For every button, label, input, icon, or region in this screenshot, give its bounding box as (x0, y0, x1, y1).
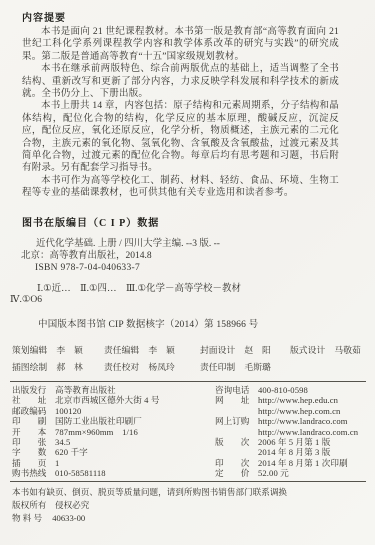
isbn-line: ISBN 978-7-04-040633-7 (10, 262, 347, 274)
pub-label: 出版发行 (12, 385, 48, 395)
pub-label (215, 427, 251, 437)
staff-cell: 责任印制 毛斯璐 (200, 360, 290, 373)
summary-paragraph-1: 本书是面向 21 世纪课程教材。本书第一版是教育部“高等教育面向 21 世纪工科… (22, 26, 339, 63)
copyright-page: 内容提要 本书是面向 21 世纪课程教材。本书第一版是教育部“高等教育面向 21… (0, 0, 375, 545)
pub-value: 1 (55, 458, 59, 468)
pub-label: 网 址 (215, 395, 251, 405)
staff-cell: 责任校对 杨凤玲 (104, 360, 200, 373)
pub-label (215, 406, 251, 416)
summary-paragraph-2: 本书在继承前两版特色、综合前两版优点的基础上，适当调整了全书结构、重新改写和更新… (22, 63, 339, 100)
summary-paragraph-3: 本书上册共 14 章，内容包括：原子结构和元素周期系，分子结构和晶体结构，配位化… (22, 100, 339, 174)
pub-row: 印 次 2014 年 8 月第 1 次印刷 (215, 458, 366, 468)
pub-value: 国防工业出版社印刷厂 (55, 416, 142, 426)
pub-label (215, 447, 251, 457)
cip-title-line: 近代化学基础. 上册 / 四川大学主编. --3 版. -- (10, 238, 347, 250)
pub-label: 插 页 (12, 458, 48, 468)
divider-rule-top (10, 381, 366, 382)
pub-value: 2014 年 8 月第 3 版 (258, 447, 330, 457)
pub-label: 开 本 (12, 427, 48, 437)
pub-value: 高等教育出版社 (55, 385, 116, 395)
pub-row: 印 刷 国防工业出版社印刷厂 (12, 416, 215, 426)
pub-row: 版 次 2006 年 5 月第 1 版 (215, 437, 366, 447)
pub-row: http://www.landraco.com.cn (215, 427, 366, 437)
pub-row: 网上订购 http://www.landraco.com (215, 416, 366, 426)
pub-value: 010-58581118 (55, 468, 106, 478)
pub-row: 字 数 620 千字 (12, 447, 215, 457)
staff-role: 版式设计 (290, 343, 325, 356)
pub-value: 787mm×960mm 1/16 (55, 427, 138, 437)
pub-label: 购书热线 (12, 468, 48, 478)
pub-label: 版 次 (215, 437, 251, 447)
pub-label: 印 次 (215, 458, 251, 468)
staff-role: 封面设计 (200, 343, 235, 356)
material-number-line: 物 料 号 40633-00 (12, 512, 366, 525)
pub-value: http://www.landraco.com (258, 416, 348, 426)
copyright-notice-line: 版权所有 侵权必究 (12, 499, 366, 512)
publication-info-right-column: 咨询电话 400-810-0598 网 址 http://www.hep.edu… (215, 385, 366, 479)
staff-cell: 封面设计 赵 阳 (200, 343, 290, 356)
staff-cell: 责任编辑 李 颖 (104, 343, 200, 356)
pub-row: 印 张 34.5 (12, 437, 215, 447)
staff-name: 毛斯璐 (244, 360, 270, 373)
cip-classification-line-1: Ⅰ.①近… Ⅱ.①四… Ⅲ.①化学－高等学校－教材 (10, 284, 347, 296)
staff-role: 责任编辑 (104, 343, 139, 356)
staff-role: 策划编辑 (12, 343, 47, 356)
divider-rule-bottom (10, 481, 366, 482)
pub-label: 咨询电话 (215, 385, 251, 395)
pub-row: 咨询电话 400-810-0598 (215, 385, 366, 395)
staff-name: 李 颖 (148, 343, 174, 356)
cip-record-number-line: 中国版本图书馆 CIP 数据核字（2014）第 158966 号 (38, 316, 375, 330)
cip-record-block: 近代化学基础. 上册 / 四川大学主编. --3 版. -- 北京：高等教育出版… (10, 238, 347, 274)
staff-role: 责任印制 (200, 360, 235, 373)
staff-name: 赵 阳 (244, 343, 270, 356)
pub-value: http://www.hep.com.cn (258, 406, 340, 416)
pub-label: 字 数 (12, 447, 48, 457)
summary-paragraph-4: 本书可作为高等学校化工、制药、材料、轻纺、食品、环境、生物工程等专业的基础课教材… (22, 175, 339, 200)
pub-label: 印 刷 (12, 416, 48, 426)
quality-notice-line: 本书如有缺页、倒页、脱页等质量问题，请到所购图书销售部门联系调换 (12, 486, 366, 499)
staff-credits: 策划编辑 李 颖 责任编辑 李 颖 封面设计 赵 阳 版式设计 马敬茹 插图绘制… (12, 343, 367, 373)
pub-value: 400-810-0598 (258, 385, 308, 395)
staff-role: 责任校对 (104, 360, 139, 373)
staff-cell: 策划编辑 李 颖 (12, 343, 104, 356)
cip-heading: 图书在版编目（C I P）数据 (22, 214, 375, 229)
pub-label: 印 张 (12, 437, 48, 447)
pub-value: 2014 年 8 月第 1 次印刷 (258, 458, 348, 468)
material-number-value: 40633-00 (52, 512, 85, 525)
pub-value: http://www.landraco.com.cn (258, 427, 358, 437)
material-number-label: 物 料 号 (12, 512, 42, 525)
staff-name: 马敬茹 (334, 343, 360, 356)
pub-label: 网上订购 (215, 416, 251, 426)
pub-value: 100120 (55, 406, 81, 416)
pub-row: http://www.hep.com.cn (215, 406, 366, 416)
staff-cell: 版式设计 马敬茹 (290, 343, 367, 356)
pub-label: 定 价 (215, 468, 251, 478)
pub-row: 邮政编码 100120 (12, 406, 215, 416)
pub-row: 定 价 52.00 元 (215, 468, 366, 478)
pub-row: 插 页 1 (12, 458, 215, 468)
staff-role: 插图绘制 (12, 360, 47, 373)
cip-classification-block: Ⅰ.①近… Ⅱ.①四… Ⅲ.①化学－高等学校－教材 Ⅳ.①O6 (10, 284, 347, 307)
cip-publisher-line: 北京：高等教育出版社，2014.8 (10, 250, 347, 262)
publication-info-left-column: 出版发行 高等教育出版社 社 址 北京市西城区德外大街 4 号 邮政编码 100… (12, 385, 215, 479)
staff-name: 杨凤玲 (148, 360, 174, 373)
pub-value: 620 千字 (55, 447, 88, 457)
pub-label: 邮政编码 (12, 406, 48, 416)
publication-info-table: 出版发行 高等教育出版社 社 址 北京市西城区德外大街 4 号 邮政编码 100… (12, 385, 366, 479)
staff-cell: 插图绘制 郝 林 (12, 360, 104, 373)
pub-value: 52.00 元 (258, 468, 289, 478)
pub-row: 出版发行 高等教育出版社 (12, 385, 215, 395)
summary-heading: 内容提要 (22, 9, 339, 24)
pub-value: 2006 年 5 月第 1 版 (258, 437, 330, 447)
cip-classification-line-2: Ⅳ.①O6 (10, 295, 347, 307)
notice-section: 本书如有缺页、倒页、脱页等质量问题，请到所购图书销售部门联系调换 版权所有 侵权… (12, 486, 366, 525)
pub-label: 社 址 (12, 395, 48, 405)
pub-row: 开 本 787mm×960mm 1/16 (12, 427, 215, 437)
content-summary-section: 内容提要 本书是面向 21 世纪课程教材。本书第一版是教育部“高等教育面向 21… (0, 0, 375, 200)
staff-name: 李 颖 (56, 343, 82, 356)
pub-row: 2014 年 8 月第 3 版 (215, 447, 366, 457)
staff-name: 郝 林 (56, 360, 82, 373)
pub-row: 社 址 北京市西城区德外大街 4 号 (12, 395, 215, 405)
pub-row: 网 址 http://www.hep.edu.cn (215, 395, 366, 405)
pub-value: 34.5 (55, 437, 70, 447)
pub-row: 购书热线 010-58581118 (12, 468, 215, 478)
pub-value: 北京市西城区德外大街 4 号 (55, 395, 160, 405)
pub-value: http://www.hep.edu.cn (258, 395, 338, 405)
